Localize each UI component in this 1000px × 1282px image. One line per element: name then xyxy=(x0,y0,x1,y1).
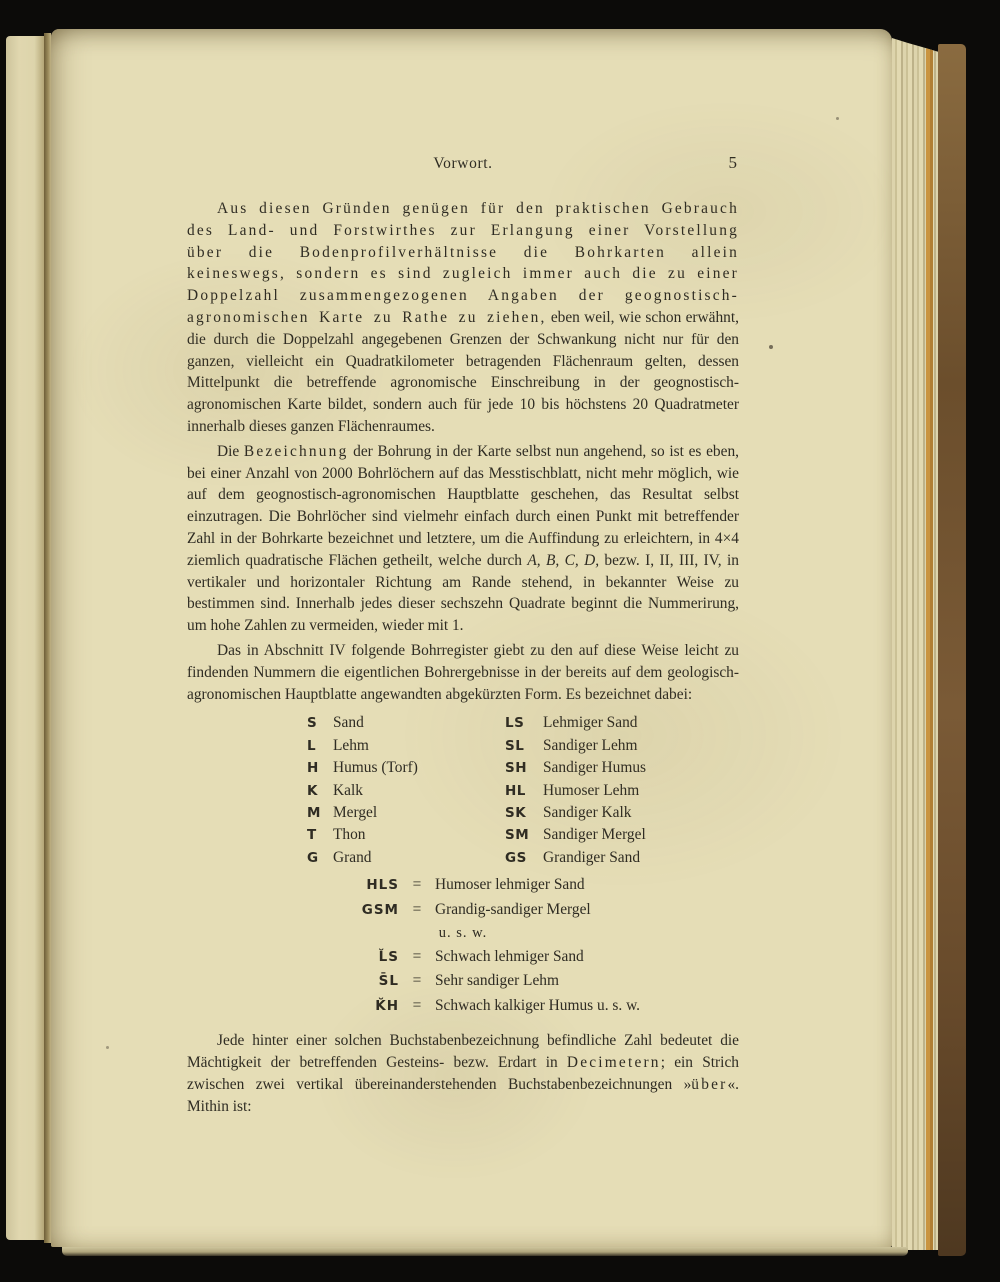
equals-sign: = xyxy=(399,969,435,992)
abbreviation-code: LS xyxy=(505,712,543,734)
diacritic-row: S̄L=Sehr sandiger Lehm xyxy=(339,969,739,993)
ink-speck xyxy=(106,1046,109,1049)
abbreviation-code: L̆S xyxy=(339,946,399,969)
compound-row: GSM=Grandig-sandiger Mergel xyxy=(339,898,739,922)
abbreviation-label: Humoser Lehm xyxy=(543,780,639,802)
page-number: 5 xyxy=(729,153,738,173)
abbreviation-row: HLHumoser Lehm xyxy=(505,780,646,802)
abbreviation-row: GGrand xyxy=(307,847,505,869)
page-header: Vorwort. 5 xyxy=(187,155,739,177)
abbreviation-label: Lehm xyxy=(333,735,369,757)
abbreviation-code: SK xyxy=(505,802,543,824)
diacritic-abbreviation-list: L̆S=Schwach lehmiger Sand S̄L=Sehr sandi… xyxy=(339,945,739,1018)
abbreviation-row: LSLehmiger Sand xyxy=(505,712,646,734)
compound-abbreviation-list: HLS=Humoser lehmiger Sand GSM=Grandig-sa… xyxy=(339,873,739,922)
abbreviation-label: Sandiger Humus xyxy=(543,757,646,779)
abbreviation-code: SM xyxy=(505,824,543,846)
abbreviation-row: SHSandiger Humus xyxy=(505,757,646,779)
abbreviation-row: HHumus (Torf) xyxy=(307,757,505,779)
ink-speck xyxy=(769,345,773,349)
abbreviation-row: KKalk xyxy=(307,780,505,802)
diacritic-row: L̆S=Schwach lehmiger Sand xyxy=(339,945,739,969)
equals-sign: = xyxy=(399,898,435,921)
book-page: Vorwort. 5 Aus diesen Gründen genügen fü… xyxy=(51,29,892,1247)
paragraph: Aus diesen Gründen genügen für den prakt… xyxy=(187,198,739,438)
abbreviation-code: S̄L xyxy=(339,970,399,993)
abbreviation-code: GSM xyxy=(339,899,399,922)
paragraph-text: Decimetern xyxy=(567,1054,661,1071)
paragraph: Das in Abschnitt IV folgende Bohrregiste… xyxy=(187,640,739,705)
abbreviation-label: Sandiger Lehm xyxy=(543,735,637,757)
abbreviation-label: Sand xyxy=(333,712,364,734)
abbreviation-code: S xyxy=(307,712,333,734)
abbreviation-label: Mergel xyxy=(333,802,377,824)
abbreviation-code: L xyxy=(307,735,333,757)
abbreviation-code: H xyxy=(307,757,333,779)
book-cover-board xyxy=(938,44,966,1256)
abbreviation-code: HL xyxy=(505,780,543,802)
abbreviation-label: Grand xyxy=(333,847,371,869)
paragraph-text: der Bohrung in der Karte selbst nun ange… xyxy=(187,443,739,569)
book-scan: Vorwort. 5 Aus diesen Gründen genügen fü… xyxy=(0,0,1000,1282)
page-edges xyxy=(892,38,939,1250)
paragraph-text: Bezeichnung xyxy=(244,443,349,460)
paragraph-text: eben weil, wie schon erwähnt, die durch … xyxy=(187,309,739,435)
equals-sign: = xyxy=(399,945,435,968)
abbreviation-label: Grandig-sandiger Mergel xyxy=(435,898,591,921)
abbreviation-label: Schwach kalkiger Humus u. s. w. xyxy=(435,994,640,1017)
paragraph: Jede hinter einer solchen Buchstabenbeze… xyxy=(187,1030,739,1117)
abbreviation-table: SSand LLehm HHumus (Torf) KKalk MMergel … xyxy=(307,712,739,869)
equals-sign: = xyxy=(399,994,435,1017)
paragraph-text: Aus diesen Gründen genügen für den prakt… xyxy=(187,200,739,326)
abbreviation-label: Thon xyxy=(333,824,366,846)
abbreviation-code: G xyxy=(307,847,333,869)
paragraph-text: Die xyxy=(217,443,244,460)
abbreviation-label: Schwach lehmiger Sand xyxy=(435,945,584,968)
abbreviation-code: HLS xyxy=(339,874,399,897)
abbreviation-row: TThon xyxy=(307,824,505,846)
abbreviation-row: GSGrandiger Sand xyxy=(505,847,646,869)
abbreviation-code: M xyxy=(307,802,333,824)
abbreviation-label: Lehmiger Sand xyxy=(543,712,637,734)
abbreviation-column-left: SSand LLehm HHumus (Torf) KKalk MMergel … xyxy=(307,712,505,869)
paragraph: Die Bezeichnung der Bohrung in der Karte… xyxy=(187,441,739,637)
gutter-shadow xyxy=(44,33,51,1243)
etcetera-line: u. s. w. xyxy=(187,922,739,945)
abbreviation-code: K̆H xyxy=(339,995,399,1018)
bottom-page-edges xyxy=(62,1247,908,1256)
abbreviation-code: T xyxy=(307,824,333,846)
ink-speck xyxy=(836,117,839,120)
abbreviation-column-right: LSLehmiger Sand SLSandiger Lehm SHSandig… xyxy=(505,712,646,869)
abbreviation-row: MMergel xyxy=(307,802,505,824)
abbreviation-row: LLehm xyxy=(307,735,505,757)
previous-page-edge xyxy=(6,36,44,1240)
running-title: Vorwort. xyxy=(433,155,492,172)
abbreviation-code: SH xyxy=(505,757,543,779)
abbreviation-row: SMSandiger Mergel xyxy=(505,824,646,846)
paragraph-text: Das in Abschnitt IV folgende Bohrregiste… xyxy=(187,642,739,703)
abbreviation-row: SSand xyxy=(307,712,505,734)
abbreviation-label: Humus (Torf) xyxy=(333,757,418,779)
abbreviation-row: SKSandiger Kalk xyxy=(505,802,646,824)
abbreviation-row: SLSandiger Lehm xyxy=(505,735,646,757)
abbreviation-label: Grandiger Sand xyxy=(543,847,640,869)
abbreviation-label: Humoser lehmiger Sand xyxy=(435,873,585,896)
page-content: Vorwort. 5 Aus diesen Gründen genügen fü… xyxy=(187,29,739,1117)
paragraph-text: A, B, C, D, xyxy=(527,552,599,569)
equals-sign: = xyxy=(399,873,435,896)
abbreviation-code: SL xyxy=(505,735,543,757)
paragraph-text: über xyxy=(691,1076,727,1093)
abbreviation-label: Sehr sandiger Lehm xyxy=(435,969,559,992)
abbreviation-label: Kalk xyxy=(333,780,363,802)
abbreviation-label: Sandiger Kalk xyxy=(543,802,631,824)
abbreviation-label: Sandiger Mergel xyxy=(543,824,646,846)
diacritic-row: K̆H=Schwach kalkiger Humus u. s. w. xyxy=(339,994,739,1018)
abbreviation-code: GS xyxy=(505,847,543,869)
abbreviation-code: K xyxy=(307,780,333,802)
compound-row: HLS=Humoser lehmiger Sand xyxy=(339,873,739,897)
